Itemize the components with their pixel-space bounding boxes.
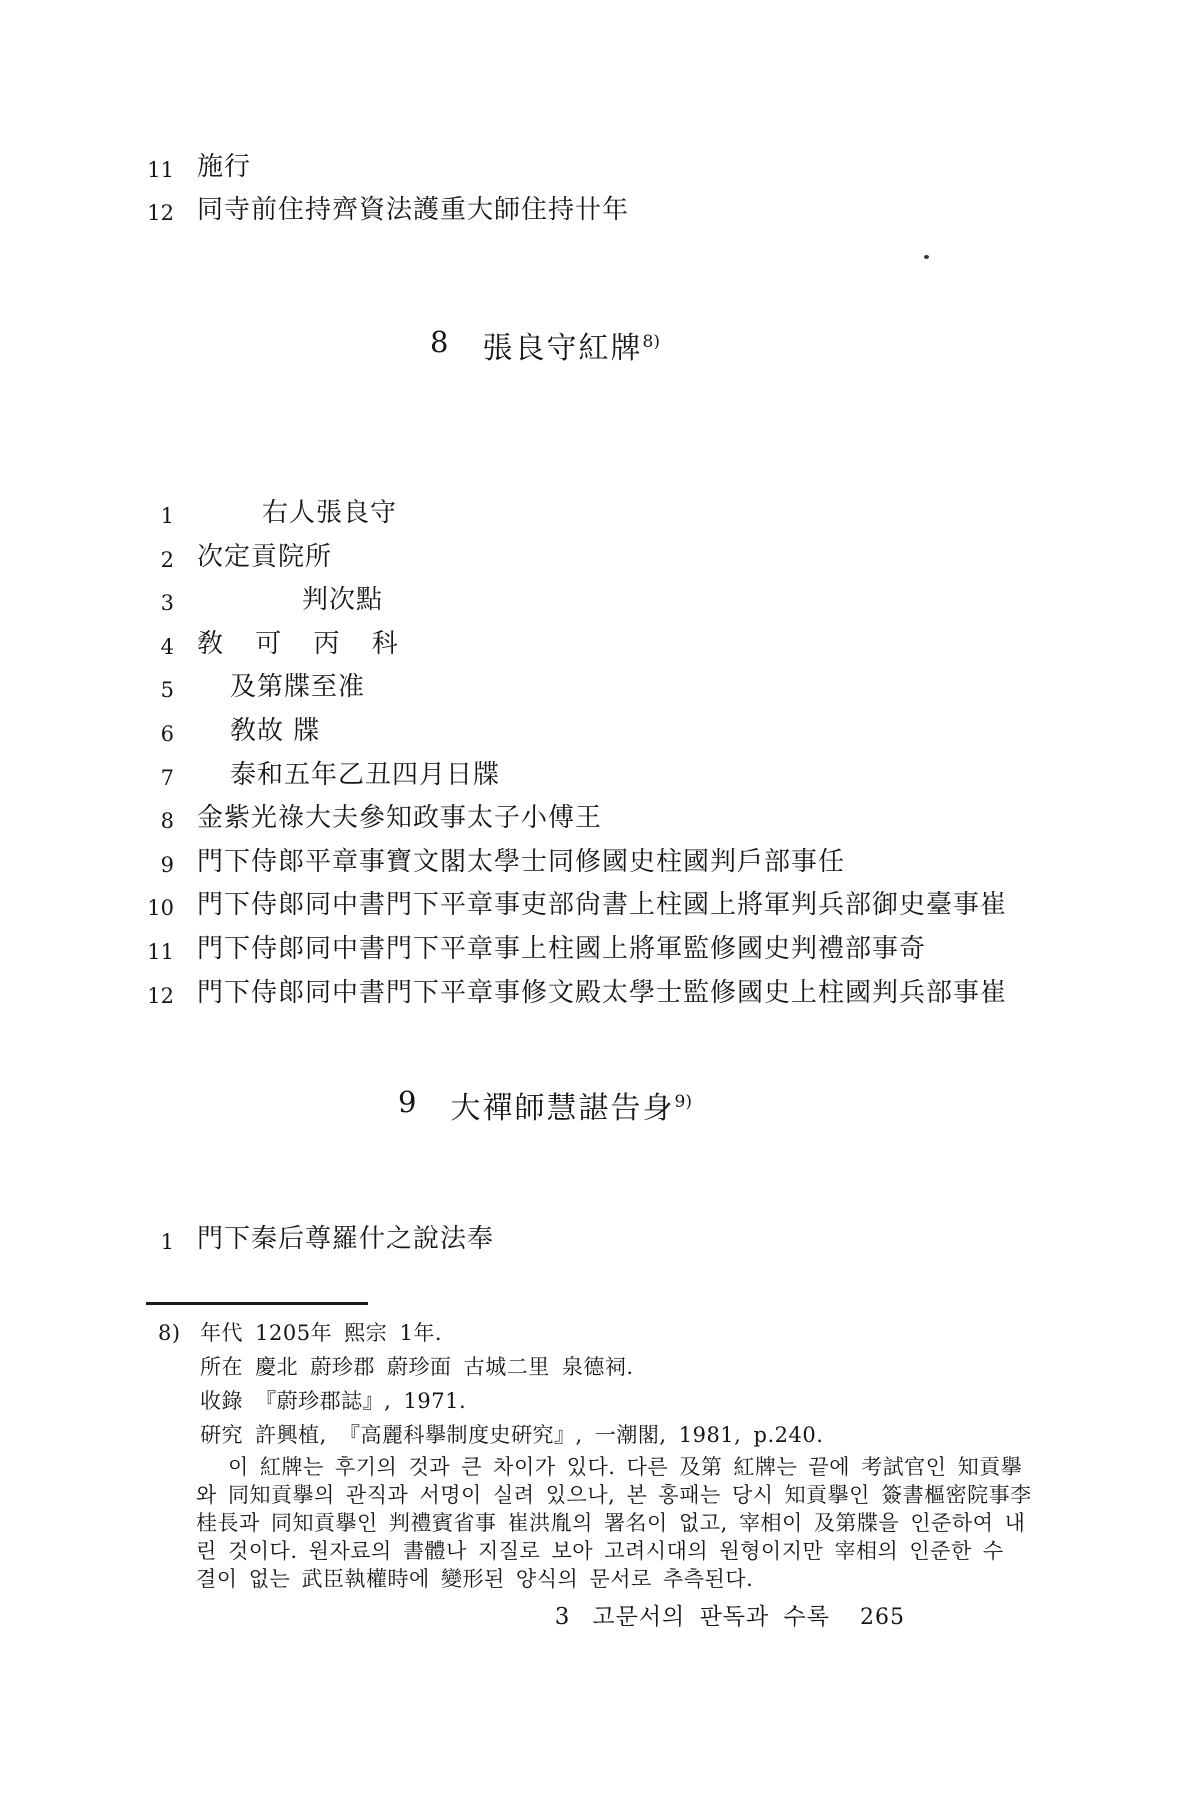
document-line: 6 敎故 牒 xyxy=(146,714,320,749)
line-text: 及第牒至准 xyxy=(230,670,365,704)
line-text: 門下侍郞同中書門下平章事上柱國上將軍監修國史判禮部事奇 xyxy=(197,932,926,966)
document-line: 12 門下侍郞同中書門下平章事修文殿太學士監修國史上柱國判兵部事崔 xyxy=(146,976,1007,1011)
footnote-meta-line: 8) 年代 1205年 熙宗 1年. xyxy=(200,1318,442,1348)
document-line: 1 右人張良守 xyxy=(146,496,397,531)
line-number: 4 xyxy=(146,627,174,662)
line-text: 敎故 牒 xyxy=(230,714,320,748)
line-number: 11 xyxy=(146,150,174,185)
footnote-body-line: 桂長과 同知貢擧인 判禮賓省事 崔洪胤의 署名이 없고, 宰相이 及第牒을 인준… xyxy=(196,1508,1025,1538)
line-number: 12 xyxy=(146,193,174,228)
page-footer: 3 고문서의 판독과 수록 265 xyxy=(0,1598,905,1631)
section-9-heading: 9 大禪師慧諶告身9) xyxy=(120,1082,970,1129)
document-line: 11 門下侍郞同中書門下平章事上柱國上將軍監修國史判禮部事奇 xyxy=(146,932,926,967)
scan-speck xyxy=(924,255,929,259)
footnote-body-text: 桂長과 同知貢擧인 判禮賓省事 崔洪胤의 署名이 없고, 宰相이 及第牒을 인준… xyxy=(196,1511,1025,1535)
document-line: 3 判次點 xyxy=(146,583,383,618)
line-number: 10 xyxy=(146,888,174,923)
line-text: 泰和五年乙丑四月日牒 xyxy=(230,758,500,792)
section-title: 張良守紅牌8) xyxy=(483,322,660,369)
footnote-meta-line: 硏究 許興植, 『高麗科擧制度史硏究』, 一潮閣, 1981, p.240. xyxy=(200,1420,823,1450)
document-line: 10 門下侍郞同中書門下平章事吏部尙書上柱國上將軍判兵部御史臺事崔 xyxy=(146,888,1007,923)
line-text: 門下侍郞平章事寶文閣太學士同修國史柱國判戶部事任 xyxy=(197,845,845,879)
section-number: 9 xyxy=(398,1082,416,1122)
line-number: 12 xyxy=(146,976,174,1011)
line-text: 右人張良守 xyxy=(262,496,397,530)
document-line: 9 門下侍郞平章事寶文閣太學士同修國史柱國判戶部事任 xyxy=(146,845,845,880)
document-line: 8 金紫光祿大夫參知政事太子小傅王 xyxy=(146,801,602,836)
document-line: 4 敎 可 丙 科 xyxy=(146,627,399,662)
line-number: 1 xyxy=(146,1222,174,1257)
line-text: 同寺前住持齊資法護重大師住持卄年 xyxy=(197,193,629,227)
line-text: 判次點 xyxy=(302,583,383,617)
section-number: 8 xyxy=(430,322,448,362)
document-line: 12 同寺前住持齊資法護重大師住持卄年 xyxy=(146,193,629,228)
section-title: 大禪師慧諶告身9) xyxy=(451,1082,692,1129)
line-text: 門下侍郞同中書門下平章事吏部尙書上柱國上將軍判兵部御史臺事崔 xyxy=(197,888,1007,922)
footnote-meta-line: 收錄 『蔚珍郡誌』, 1971. xyxy=(200,1386,466,1416)
footnote-meta-text: 所在 慶北 蔚珍郡 蔚珍面 古城二里 泉德祠. xyxy=(200,1355,634,1379)
footnote-reference: 9) xyxy=(675,1092,692,1112)
footnote-meta-text: 年代 1205年 熙宗 1年. xyxy=(200,1321,442,1345)
document-line: 5 及第牒至准 xyxy=(146,670,365,705)
section-title-text: 張良守紅牌 xyxy=(483,331,643,366)
footnote-body-line: 이 紅牌는 후기의 것과 큰 차이가 있다. 다른 及第 紅牌는 끝에 考試官인… xyxy=(228,1452,1022,1482)
line-number: 7 xyxy=(146,758,174,793)
footnote-reference: 8) xyxy=(643,332,660,352)
line-number: 6 xyxy=(146,714,174,749)
footnote-body-text: 결이 없는 武臣執權時에 變形된 양식의 문서로 추측된다. xyxy=(196,1567,753,1591)
chapter-title: 고문서의 판독과 수록 xyxy=(592,1598,830,1631)
footnote-marker: 8) xyxy=(158,1318,181,1348)
footnote-divider xyxy=(146,1302,368,1305)
line-number: 11 xyxy=(146,932,174,967)
line-text: 金紫光祿大夫參知政事太子小傅王 xyxy=(197,801,602,835)
book-page: 11 施行 12 同寺前住持齊資法護重大師住持卄年 8 張良守紅牌8) 1 右人… xyxy=(0,0,1200,1800)
chapter-number: 3 xyxy=(555,1604,571,1630)
section-title-text: 大禪師慧諶告身 xyxy=(451,1091,675,1126)
line-text: 施行 xyxy=(197,150,251,184)
document-line: 2 次定貢院所 xyxy=(146,540,332,575)
footnote-body-text: 린 것이다. 원자료의 書體나 지질로 보아 고려시대의 원형이지만 宰相의 인… xyxy=(196,1539,1004,1563)
line-number: 8 xyxy=(146,801,174,836)
line-number: 1 xyxy=(146,496,174,531)
footnote-body-text: 와 同知貢擧의 관직과 서명이 실려 있으나, 본 홍패는 당시 知貢擧인 簽書… xyxy=(196,1483,1032,1507)
footnote-body-line: 결이 없는 武臣執權時에 變形된 양식의 문서로 추측된다. xyxy=(196,1564,753,1594)
line-number: 3 xyxy=(146,583,174,618)
footnote-meta-text: 硏究 許興植, 『高麗科擧制度史硏究』, 一潮閣, 1981, p.240. xyxy=(200,1423,823,1447)
footnote-body-line: 와 同知貢擧의 관직과 서명이 실려 있으나, 본 홍패는 당시 知貢擧인 簽書… xyxy=(196,1480,1032,1510)
footnote-meta-line: 所在 慶北 蔚珍郡 蔚珍面 古城二里 泉德祠. xyxy=(200,1352,634,1382)
line-number: 5 xyxy=(146,670,174,705)
document-line: 1 門下秦后尊羅什之說法奉 xyxy=(146,1222,494,1257)
document-line: 7 泰和五年乙丑四月日牒 xyxy=(146,758,500,793)
line-text: 次定貢院所 xyxy=(197,540,332,574)
footnote-meta-text: 收錄 『蔚珍郡誌』, 1971. xyxy=(200,1389,466,1413)
line-number: 9 xyxy=(146,845,174,880)
line-text: 門下秦后尊羅什之說法奉 xyxy=(197,1222,494,1256)
line-text: 敎 可 丙 科 xyxy=(197,627,399,661)
document-line: 11 施行 xyxy=(146,150,251,185)
footnote-body-text: 이 紅牌는 후기의 것과 큰 차이가 있다. 다른 及第 紅牌는 끝에 考試官인… xyxy=(228,1455,1022,1479)
footnote-body-line: 린 것이다. 원자료의 書體나 지질로 보아 고려시대의 원형이지만 宰相의 인… xyxy=(196,1536,1004,1566)
line-number: 2 xyxy=(146,540,174,575)
line-text: 門下侍郞同中書門下平章事修文殿太學士監修國史上柱國判兵部事崔 xyxy=(197,976,1007,1010)
section-8-heading: 8 張良守紅牌8) xyxy=(120,322,970,369)
page-number: 265 xyxy=(860,1605,905,1630)
